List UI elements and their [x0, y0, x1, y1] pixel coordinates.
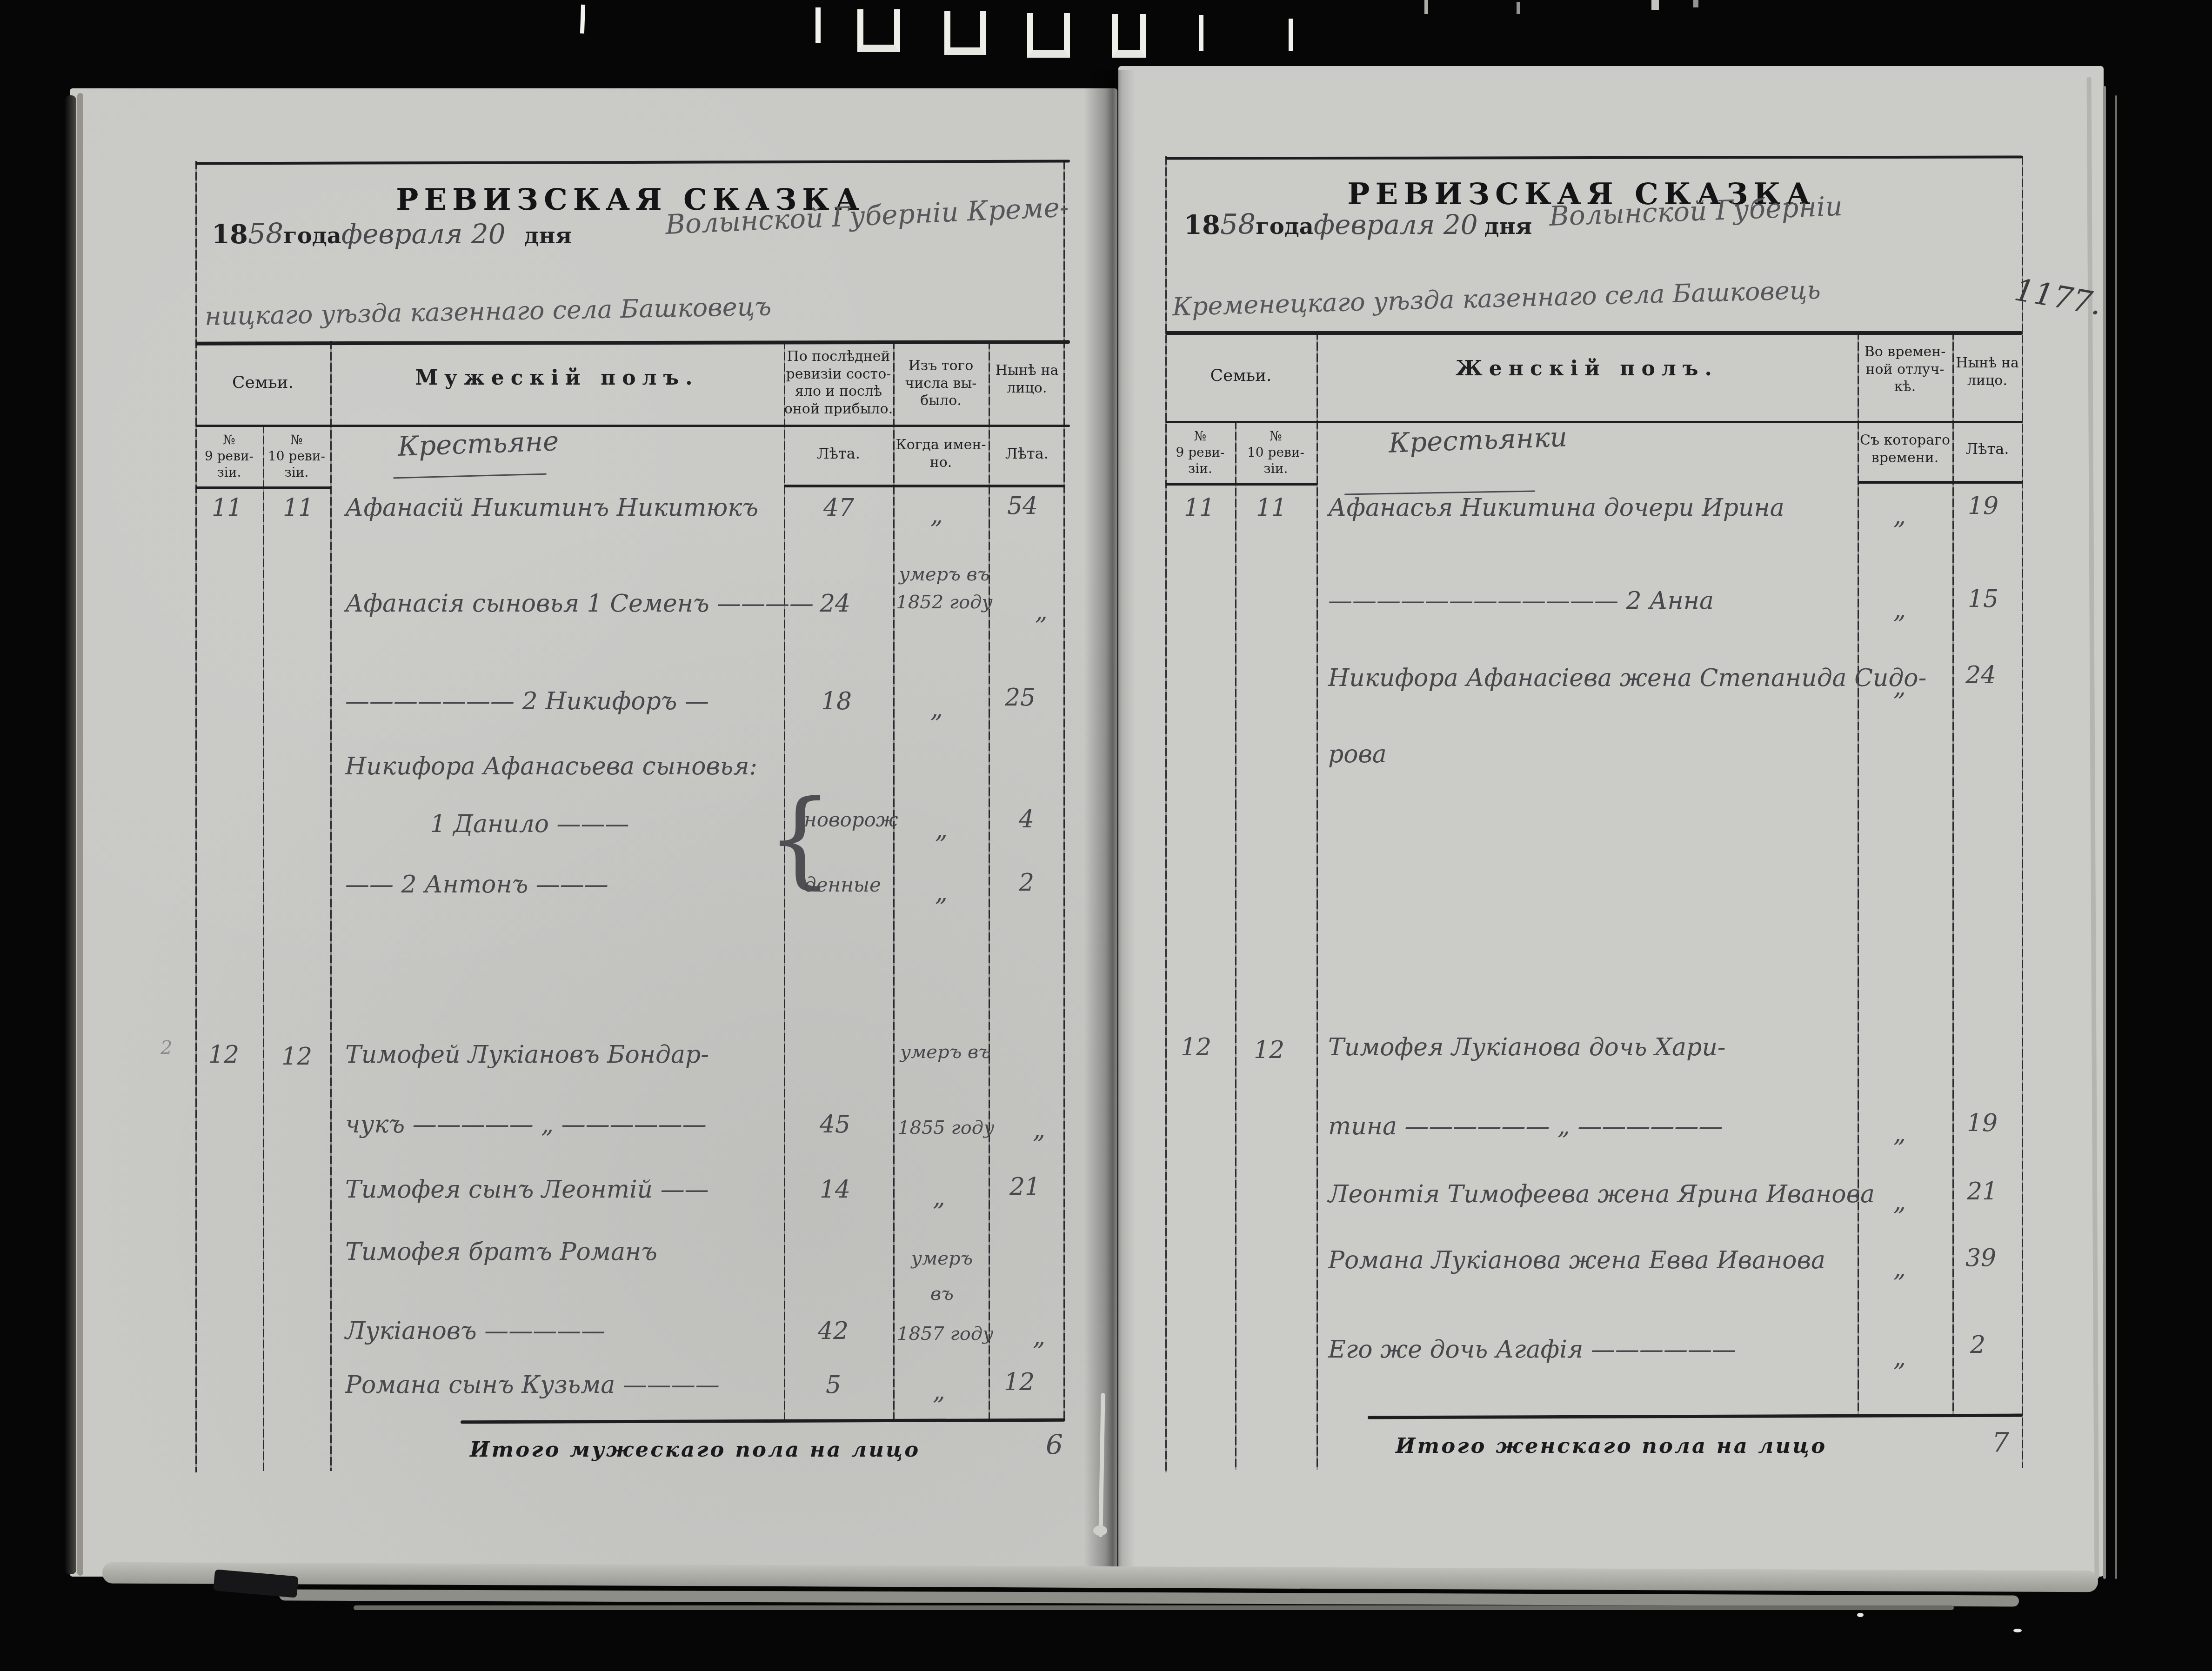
- row-absent: „: [1893, 673, 1906, 701]
- right-col-line-names-end: [1858, 331, 1859, 1417]
- binding-shadow: [1084, 70, 1135, 1572]
- right-col-family: Семьи.: [1165, 365, 1317, 386]
- film-mark-bar: [815, 7, 821, 43]
- right-col-sex: Женскій полъ.: [1317, 357, 1858, 381]
- left-col-last-revision: По послѣдней ревизіи состо- яло и послѣ …: [784, 348, 893, 418]
- date-hand-year: 58: [248, 218, 283, 250]
- right-table-top-thick-rule: [1165, 331, 2023, 335]
- row-age-now: 19: [1968, 492, 1998, 520]
- microfilm-scan: РЕВИЗСКАЯ СКАЗКА 1858годафевраля 20дня В…: [0, 0, 2212, 1671]
- row-age-now: 19: [1967, 1109, 1998, 1137]
- row-age-now: 2: [1019, 869, 1034, 897]
- row-rev10: 12: [281, 1043, 312, 1071]
- row-when: 1855 году: [898, 1114, 994, 1142]
- left-col-departed: Изъ того числа вы- было.: [893, 357, 989, 410]
- left-col-now-present: Нынѣ на лицо.: [989, 362, 1065, 397]
- right-col-line-rev-split: [1235, 421, 1236, 1470]
- film-speck: [1857, 1613, 1864, 1617]
- row-when: умеръ въ: [900, 1241, 984, 1312]
- row-when: умеръ въ: [900, 1038, 991, 1066]
- row-age-prev: 42: [818, 1317, 849, 1345]
- right-col-years: Лѣта.: [1952, 439, 2022, 458]
- row-absent: „: [1893, 502, 1906, 530]
- right-date-line: 1858годафевраля 20дня: [1184, 208, 1532, 241]
- left-col-rev10: № 10 реви- зіи.: [263, 432, 330, 480]
- row-rev9: 11: [1184, 494, 1215, 522]
- row-age-prev: 14: [820, 1176, 850, 1204]
- page-edges-bottom-3: [354, 1605, 1954, 1610]
- row-name: Афанасья Никитина дочери Ирина: [1328, 494, 1784, 522]
- left-col-years2: Лѣта.: [989, 444, 1065, 463]
- row-when: 1857 году: [897, 1320, 993, 1348]
- row-name: —— 2 Антонъ ———: [345, 871, 608, 899]
- row-name: Лукіановъ —————: [345, 1317, 605, 1345]
- left-col-sex: Мужескій полъ.: [330, 366, 784, 390]
- row-name: ——————— 2 Никифоръ —: [345, 687, 709, 715]
- right-frame-right-line: [2022, 156, 2023, 1468]
- left-frame-right-line: [1063, 161, 1065, 1421]
- right-total-label: Итого женскаго пола на лицо: [1396, 1433, 1827, 1458]
- row-age-now: „: [1035, 598, 1048, 626]
- left-col-line-when-end: [989, 341, 990, 1420]
- row-name: ———————————— 2 Анна: [1328, 587, 1714, 615]
- row-absent: „: [1893, 1255, 1906, 1283]
- date-hand-month-day: февраля 20: [1314, 209, 1478, 240]
- right-col-line-family-end: [1317, 331, 1318, 1470]
- row-age-now: „: [1033, 1116, 1045, 1144]
- right-group-label: Крестьянки: [1388, 421, 1568, 459]
- row-name: тина —————— „ ——————: [1328, 1112, 1723, 1140]
- row-age-now: 21: [1967, 1178, 1998, 1205]
- left-col-line-family-end: [330, 341, 332, 1471]
- row-rev9: 12: [1181, 1033, 1211, 1061]
- page-edge-left: [65, 95, 76, 1574]
- row-name: рова: [1328, 740, 1387, 768]
- left-table-mid-rule: [195, 425, 1070, 427]
- row-rev9: 12: [208, 1041, 239, 1069]
- row-age-now: 25: [1005, 684, 1036, 712]
- film-mark-bar: [1651, 0, 1659, 10]
- row-rev9: 11: [212, 494, 242, 522]
- film-mark-u: [1027, 13, 1070, 58]
- row-note: денные: [804, 873, 881, 896]
- row-age-prev: 24: [820, 590, 850, 618]
- row-age-now: 24: [1965, 661, 1996, 689]
- left-col-rev9: № 9 реви- зіи.: [195, 432, 263, 480]
- row-name: Его же дочь Агафія ——————: [1328, 1336, 1736, 1364]
- left-col-years1: Лѣта.: [784, 444, 893, 463]
- row-age-now: 15: [1968, 585, 1998, 613]
- right-col-line-absent-end: [1952, 331, 1954, 1417]
- row-name: Тимофей Лукіановъ Бондар-: [345, 1041, 709, 1069]
- left-col-line-rev-split: [263, 425, 264, 1471]
- right-total-value: 7: [1992, 1427, 2009, 1458]
- left-group-label: Крестьяне: [397, 425, 560, 462]
- right-col-now-present: Нынѣ на лицо.: [1952, 354, 2022, 389]
- row-age-now: 2: [1970, 1331, 1985, 1359]
- film-mark-u: [1112, 14, 1146, 58]
- row-note: новорож: [804, 808, 898, 831]
- film-mark-bar: [1424, 0, 1428, 14]
- right-frame-left-line: [1165, 156, 1167, 1472]
- date-hand-month-day: февраля 20: [341, 218, 506, 250]
- film-mark-u: [857, 9, 900, 52]
- film-mark-bar: [1199, 15, 1203, 51]
- right-col-since-when: Съ котораго времени.: [1858, 432, 1952, 466]
- left-total-value: 6: [1046, 1429, 1063, 1460]
- row-age-now: „: [1033, 1323, 1045, 1351]
- row-when: „: [933, 1378, 945, 1405]
- date-hand-year: 58: [1220, 208, 1256, 241]
- row-when: „: [930, 695, 943, 723]
- left-col-family: Семьи.: [195, 372, 330, 393]
- row-rev10: 12: [1254, 1036, 1284, 1064]
- left-col-line-years-end: [893, 341, 895, 1420]
- right-col-rev10: № 10 реви- зіи.: [1235, 428, 1317, 477]
- row-absent: „: [1893, 1344, 1906, 1372]
- date-word-goda: года: [283, 223, 341, 249]
- row-age-now: 4: [1019, 806, 1034, 833]
- row-name: Романа сынъ Кузьма ————: [345, 1371, 720, 1399]
- row-name: чукъ ————— „ ——————: [345, 1111, 707, 1138]
- right-subheader-rule-b: [1858, 481, 2023, 484]
- row-absent: „: [1893, 1120, 1906, 1148]
- row-name: Афанасій Никитинъ Никитюкъ: [345, 494, 758, 522]
- row-name: Тимофея Лукіанова дочь Хари-: [1328, 1033, 1725, 1061]
- row-age-now: 39: [1965, 1244, 1996, 1272]
- page-edge-left-2: [77, 93, 83, 1576]
- row-when: „: [930, 501, 943, 529]
- row-rev10: 11: [1256, 494, 1287, 522]
- margin-note: 2: [160, 1037, 172, 1059]
- film-speck: [2013, 1629, 2022, 1632]
- row-when: „: [935, 816, 948, 844]
- row-name: Никифора Афанасіева жена Степанида Сидо-: [1328, 664, 1926, 692]
- row-age-now: 21: [1009, 1173, 1040, 1201]
- row-name: Афанасія сыновья 1 Семенъ ————: [345, 590, 814, 618]
- row-name: Романа Лукіанова жена Евва Иванова: [1328, 1246, 1825, 1274]
- film-mark-u: [944, 11, 986, 55]
- film-mark-bar: [1289, 19, 1293, 51]
- row-name: Никифора Афанасьева сыновья:: [345, 752, 757, 780]
- left-date-line: 1858годафевраля 20дня: [212, 218, 572, 250]
- row-absent: „: [1893, 1188, 1906, 1216]
- row-name: 1 Данило ———: [430, 810, 629, 838]
- row-when: „: [935, 879, 948, 907]
- row-age-now: 12: [1004, 1368, 1035, 1396]
- row-when: „: [933, 1184, 945, 1212]
- date-word-dnya: дня: [524, 223, 572, 249]
- date-printed-prefix: 18: [212, 219, 248, 250]
- right-col-absent: Во времен- ной отлуч- кѣ.: [1858, 343, 1952, 396]
- row-when: умеръ въ 1852 году: [895, 560, 993, 616]
- row-absent: „: [1893, 596, 1906, 624]
- row-name: Тимофея сынъ Леонтій ——: [345, 1176, 709, 1204]
- page-edges-bottom-2: [279, 1589, 2019, 1606]
- left-subheader-rule-b: [784, 485, 1065, 487]
- row-age-prev: 18: [821, 687, 852, 715]
- row-age-prev: 5: [826, 1371, 841, 1399]
- binding-thread-knot: [1093, 1525, 1107, 1536]
- film-mark-bar: [1693, 0, 1698, 7]
- row-age-now: 54: [1007, 492, 1038, 520]
- date-word-goda: года: [1256, 213, 1314, 240]
- left-col-when-exactly: Когда имен- но.: [893, 436, 989, 471]
- left-total-label: Итого мужескаго пола на лицо: [470, 1437, 920, 1462]
- film-mark-bar: [1517, 2, 1520, 14]
- right-subheader-rule-a: [1165, 483, 1317, 486]
- right-col-rev9: № 9 реви- зіи.: [1165, 428, 1235, 477]
- left-frame-left-line: [195, 161, 197, 1472]
- right-table-mid-rule: [1165, 421, 2023, 423]
- row-age-prev: 47: [823, 494, 854, 522]
- date-printed-prefix: 18: [1184, 210, 1220, 240]
- row-age-prev: 45: [820, 1111, 850, 1138]
- page-edges-right-2: [2103, 86, 2106, 1579]
- row-name: Леонтія Тимофеева жена Ярина Иванова: [1328, 1180, 1875, 1208]
- row-name: Тимофея братъ Романъ: [345, 1238, 657, 1266]
- row-rev10: 11: [283, 494, 314, 522]
- date-word-dnya: дня: [1484, 213, 1532, 240]
- page-edges-right-3: [2115, 95, 2117, 1579]
- film-mark-bar: [580, 5, 585, 33]
